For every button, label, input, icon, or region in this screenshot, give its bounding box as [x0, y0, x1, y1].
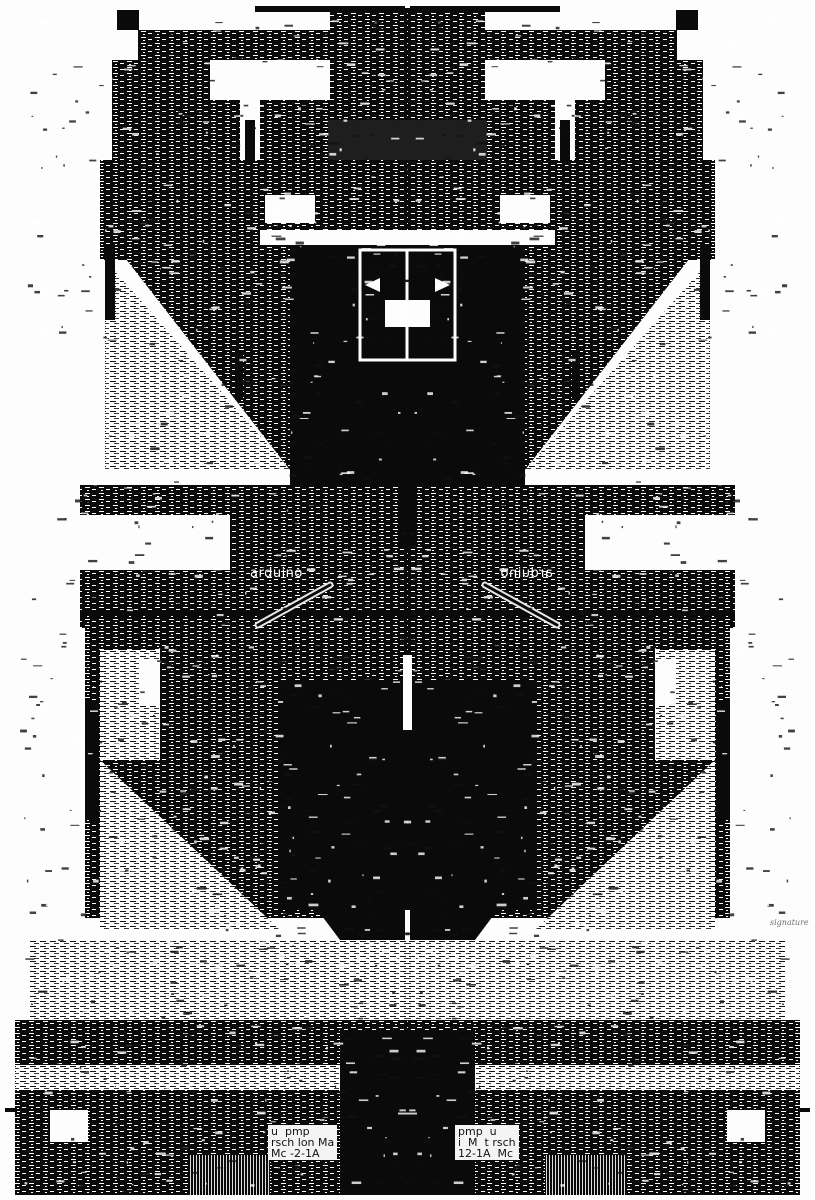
artwork-canvas: [0, 0, 815, 1200]
artist-signature: signature: [770, 918, 809, 927]
right-half-composition: [407, 6, 810, 1195]
bottom-label-left: u pmp rsch lon Ma Mc -2-1A: [268, 1125, 337, 1160]
bottom-label-right-line3: 12-1A Mc: [458, 1147, 513, 1160]
board-label-right: arduino: [500, 566, 553, 581]
bottom-label-left-line3: Mc -2-1A: [271, 1147, 320, 1160]
board-label-left: arduino: [250, 566, 303, 581]
left-half-composition: [5, 6, 408, 1195]
bottom-label-right: pmp u i M t rsch 12-1A Mc: [455, 1125, 519, 1160]
